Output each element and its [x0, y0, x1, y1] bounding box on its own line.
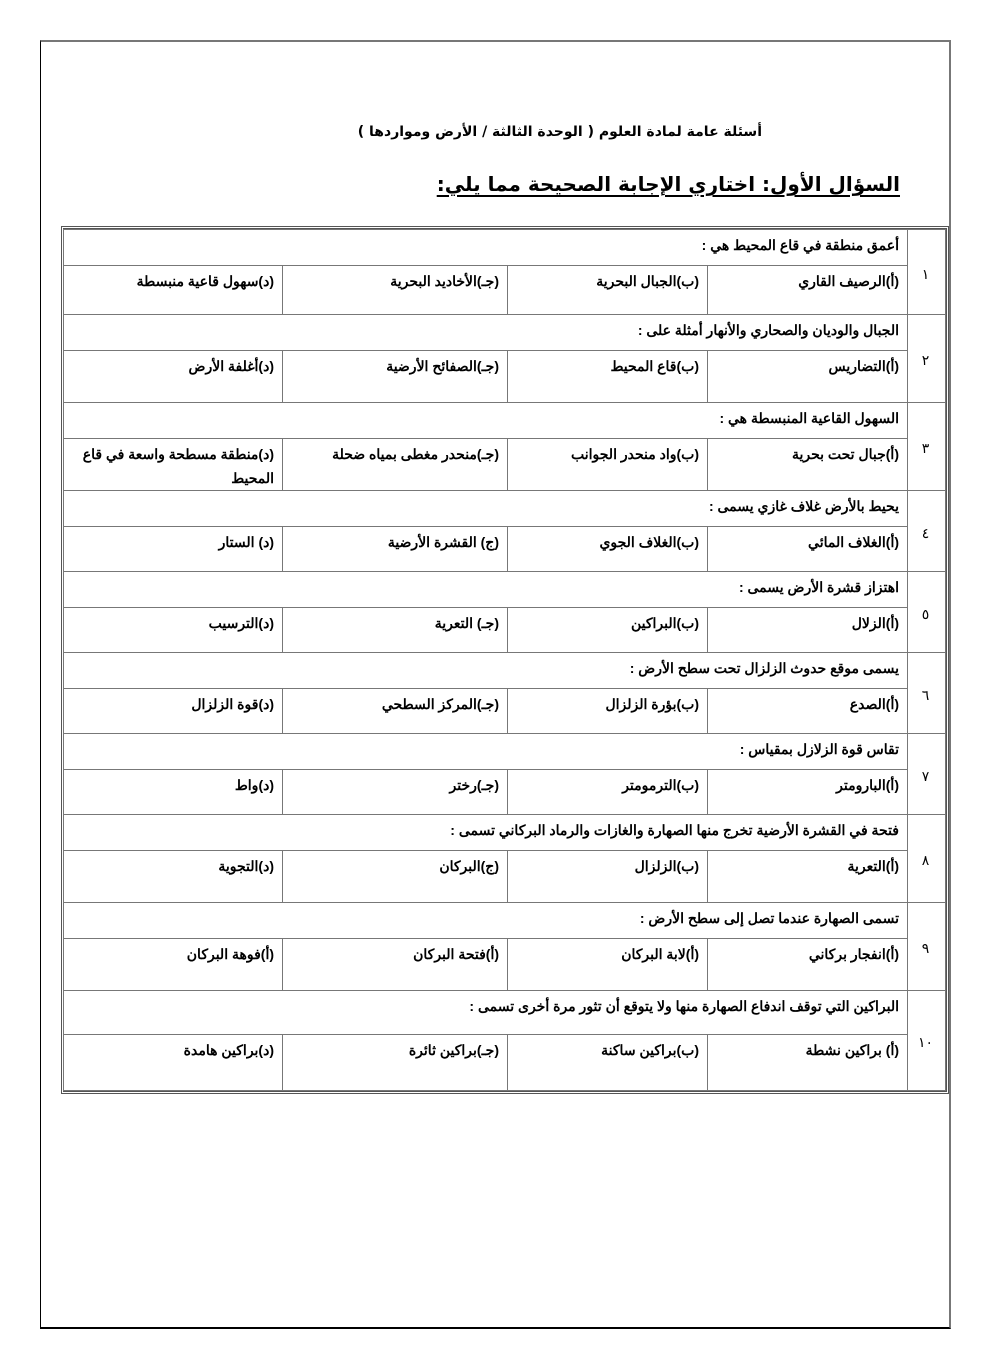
- question-options-row: (أ)التضاريس (ب)قاع المحيط (جـ)الصفائح ال…: [63, 351, 945, 403]
- option-c[interactable]: (جـ)الأخاديد البحرية: [283, 266, 508, 315]
- option-b[interactable]: (أ)لابة البركان: [508, 939, 708, 991]
- question-number: ٥: [908, 572, 946, 653]
- option-a[interactable]: (أ)جبال تحت بحرية: [708, 439, 908, 491]
- option-a[interactable]: (أ)التضاريس: [708, 351, 908, 403]
- question-number: ٨: [908, 815, 946, 903]
- question-stem: يحيط بالأرض غلاف غازي يسمى :: [63, 491, 907, 527]
- option-d[interactable]: (د)الترسيب: [63, 608, 282, 653]
- option-a[interactable]: (أ) براكين نشطة: [708, 1035, 908, 1091]
- question-stem: تقاس قوة الزلازل بمقياس :: [63, 734, 907, 770]
- question-stem: البراكين التي توقف اندفاع الصهارة منها و…: [63, 991, 907, 1035]
- option-b[interactable]: (ب)براكين ساكنة: [508, 1035, 708, 1091]
- questions-table: ١ أعمق منطقة في قاع المحيط هي : (أ)الرصي…: [63, 229, 946, 1091]
- question-number: ٣: [908, 403, 946, 491]
- question-stem-row: ٢ الجبال والوديان والصحاري والأنهار أمثل…: [63, 315, 945, 351]
- question-number: ٤: [908, 491, 946, 572]
- questions-table-frame: ١ أعمق منطقة في قاع المحيط هي : (أ)الرصي…: [61, 226, 949, 1094]
- question-stem-row: ٤ يحيط بالأرض غلاف غازي يسمى :: [63, 491, 945, 527]
- question-stem: السهول القاعية المنبسطة هي :: [63, 403, 907, 439]
- question-stem: اهتزاز قشرة الأرض يسمى :: [63, 572, 907, 608]
- option-d[interactable]: (د)سهول قاعية منبسطة: [63, 266, 282, 315]
- option-c[interactable]: (ج)البركان: [283, 851, 508, 903]
- option-c[interactable]: (جـ)براكين ثائرة: [283, 1035, 508, 1091]
- option-d[interactable]: (د)التجوية: [63, 851, 282, 903]
- option-b[interactable]: (ب)البراكين: [508, 608, 708, 653]
- question-stem-row: ٥ اهتزاز قشرة الأرض يسمى :: [63, 572, 945, 608]
- option-c[interactable]: (ج) القشرة الأرضية: [283, 527, 508, 572]
- question-number: ٧: [908, 734, 946, 815]
- question-stem: تسمى الصهارة عندما تصل إلى سطح الأرض :: [63, 903, 907, 939]
- option-c[interactable]: (جـ)الصفائح الأرضية: [283, 351, 508, 403]
- question-options-row: (أ)البارومتر (ب)الترمومتر (جـ)رختر (د)وا…: [63, 770, 945, 815]
- question-stem: الجبال والوديان والصحاري والأنهار أمثلة …: [63, 315, 907, 351]
- question-stem-row: ٧ تقاس قوة الزلازل بمقياس :: [63, 734, 945, 770]
- option-c[interactable]: (جـ)المركز السطحي: [283, 689, 508, 734]
- question-number: ٩: [908, 903, 946, 991]
- option-d[interactable]: (د)براكين هامدة: [63, 1035, 282, 1091]
- question-stem-row: ٨ فتحة في القشرة الأرضية تخرج منها الصها…: [63, 815, 945, 851]
- option-a[interactable]: (أ)انفجار بركاني: [708, 939, 908, 991]
- question-options-row: (أ)انفجار بركاني (أ)لابة البركان (أ)فتحة…: [63, 939, 945, 991]
- question-number: ٦: [908, 653, 946, 734]
- question-stem-row: ٣ السهول القاعية المنبسطة هي :: [63, 403, 945, 439]
- option-d[interactable]: (د)واط: [63, 770, 282, 815]
- document-title: أسئلة عامة لمادة العلوم ( الوحدة الثالثة…: [300, 124, 762, 140]
- option-c[interactable]: (جـ)منحدر مغطى بمياه ضحلة: [283, 439, 508, 491]
- option-a[interactable]: (أ)البارومتر: [708, 770, 908, 815]
- question-heading: السؤال الأول: اختاري الإجابة الصحيحة مما…: [470, 172, 900, 196]
- option-b[interactable]: (ب)الجبال البحرية: [508, 266, 708, 315]
- question-stem: أعمق منطقة في قاع المحيط هي :: [63, 230, 907, 266]
- question-stem: يسمى موقع حدوث الزلزال تحت سطح الأرض :: [63, 653, 907, 689]
- option-d[interactable]: (د)قوة الزلزال: [63, 689, 282, 734]
- question-options-row: (أ)جبال تحت بحرية (ب)واد منحدر الجوانب (…: [63, 439, 945, 491]
- question-options-row: (أ)التعرية (ب)الزلزال (ج)البركان (د)التج…: [63, 851, 945, 903]
- option-b[interactable]: (ب)واد منحدر الجوانب: [508, 439, 708, 491]
- option-a[interactable]: (أ)الرصيف القاري: [708, 266, 908, 315]
- question-number: ١٠: [908, 991, 946, 1091]
- question-stem-row: ٩ تسمى الصهارة عندما تصل إلى سطح الأرض :: [63, 903, 945, 939]
- option-d[interactable]: (د)أغلفة الأرض: [63, 351, 282, 403]
- question-options-row: (أ)الزلال (ب)البراكين (جـ) التعرية (د)ال…: [63, 608, 945, 653]
- option-b[interactable]: (ب)الزلزال: [508, 851, 708, 903]
- question-options-row: (أ) براكين نشطة (ب)براكين ساكنة (جـ)براك…: [63, 1035, 945, 1091]
- question-options-row: (أ)الرصيف القاري (ب)الجبال البحرية (جـ)ا…: [63, 266, 945, 315]
- option-b[interactable]: (ب)الغلاف الجوي: [508, 527, 708, 572]
- option-b[interactable]: (ب)قاع المحيط: [508, 351, 708, 403]
- option-d[interactable]: (أ)فوهة البركان: [63, 939, 282, 991]
- option-c[interactable]: (أ)فتحة البركان: [283, 939, 508, 991]
- option-d[interactable]: (د)منطقة مسطحة واسعة في قاع المحيط: [63, 439, 282, 491]
- question-options-row: (أ)الغلاف المائي (ب)الغلاف الجوي (ج) الق…: [63, 527, 945, 572]
- option-c[interactable]: (جـ) التعرية: [283, 608, 508, 653]
- option-a[interactable]: (أ)الصدع: [708, 689, 908, 734]
- option-b[interactable]: (ب)بؤرة الزلزال: [508, 689, 708, 734]
- question-stem-row: ٦ يسمى موقع حدوث الزلزال تحت سطح الأرض :: [63, 653, 945, 689]
- option-a[interactable]: (أ)الزلال: [708, 608, 908, 653]
- option-c[interactable]: (جـ)رختر: [283, 770, 508, 815]
- question-number: ٢: [908, 315, 946, 403]
- question-number: ١: [908, 230, 946, 315]
- option-a[interactable]: (أ)الغلاف المائي: [708, 527, 908, 572]
- question-stem-row: ١ أعمق منطقة في قاع المحيط هي :: [63, 230, 945, 266]
- option-b[interactable]: (ب)الترمومتر: [508, 770, 708, 815]
- question-stem: فتحة في القشرة الأرضية تخرج منها الصهارة…: [63, 815, 907, 851]
- option-d[interactable]: (د) الستار: [63, 527, 282, 572]
- option-a[interactable]: (أ)التعرية: [708, 851, 908, 903]
- question-stem-row: ١٠ البراكين التي توقف اندفاع الصهارة منه…: [63, 991, 945, 1035]
- question-options-row: (أ)الصدع (ب)بؤرة الزلزال (جـ)المركز السط…: [63, 689, 945, 734]
